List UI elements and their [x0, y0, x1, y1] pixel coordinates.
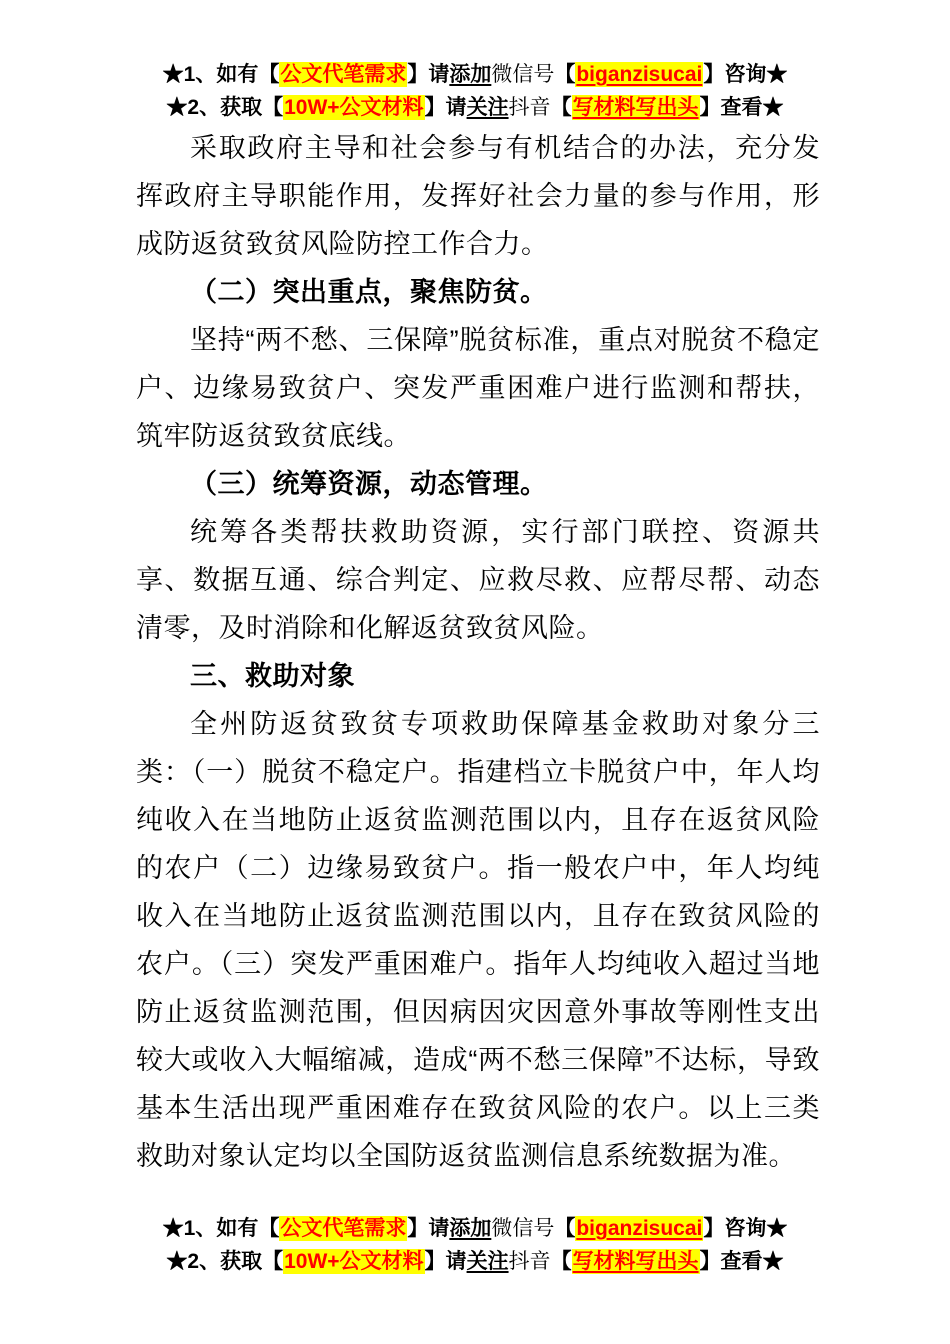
promo-text-segment: 关注: [467, 96, 509, 119]
paragraph: 全州防返贫致贫专项救助保障基金救助对象分三类：（一）脱贫不稳定户。指建档立卡脱贫…: [136, 700, 820, 1180]
promo-header-line-2: ★2、获取【10W+公文材料】请关注抖音【写材料写出头】查看★: [0, 91, 950, 124]
promo-text-segment: 】请: [407, 63, 449, 86]
promo-text-segment: 】咨询★: [703, 63, 787, 86]
promo-text-segment: ★2、获取【: [166, 96, 283, 119]
promo-text-segment: 写材料写出头: [572, 1249, 700, 1274]
promo-text-segment: ★1、如有【: [163, 1217, 280, 1240]
promo-text-segment: 10W+公文材料: [283, 95, 424, 120]
promo-footer-line-1: ★1、如有【公文代笔需求】请添加微信号【biganzisucai】咨询★: [0, 1212, 950, 1245]
promo-header: ★1、如有【公文代笔需求】请添加微信号【biganzisucai】咨询★ ★2、…: [0, 58, 950, 124]
section-heading: 三、救助对象: [136, 652, 820, 700]
section-heading: （三）统筹资源，动态管理。: [136, 460, 820, 508]
section-heading: （二）突出重点，聚焦防贫。: [136, 268, 820, 316]
promo-text-segment: 【: [554, 63, 575, 86]
promo-text-segment: 微信号: [491, 1217, 554, 1240]
promo-footer-line-2: ★2、获取【10W+公文材料】请关注抖音【写材料写出头】查看★: [0, 1245, 950, 1278]
promo-text-segment: 【: [551, 96, 572, 119]
paragraph: 坚持“两不愁、三保障”脱贫标准，重点对脱贫不稳定户、边缘易致贫户、突发严重困难户…: [136, 316, 820, 460]
promo-footer: ★1、如有【公文代笔需求】请添加微信号【biganzisucai】咨询★ ★2、…: [0, 1212, 950, 1278]
promo-text-segment: biganzisucai: [575, 1216, 703, 1241]
promo-header-line-1: ★1、如有【公文代笔需求】请添加微信号【biganzisucai】咨询★: [0, 58, 950, 91]
paragraph: 统筹各类帮扶救助资源，实行部门联控、资源共享、数据互通、综合判定、应救尽救、应帮…: [136, 508, 820, 652]
promo-text-segment: 公文代笔需求: [279, 62, 407, 87]
promo-text-segment: 微信号: [491, 63, 554, 86]
promo-text-segment: 添加: [449, 1217, 491, 1240]
promo-text-segment: 】咨询★: [703, 1217, 787, 1240]
document-body: 采取政府主导和社会参与有机结合的办法，充分发挥政府主导职能作用，发挥好社会力量的…: [136, 124, 820, 1180]
promo-text-segment: 】查看★: [700, 1250, 784, 1273]
promo-text-segment: 添加: [449, 63, 491, 86]
promo-text-segment: 关注: [467, 1250, 509, 1273]
promo-text-segment: 】请: [407, 1217, 449, 1240]
promo-text-segment: 】请: [425, 1250, 467, 1273]
promo-text-segment: biganzisucai: [575, 62, 703, 87]
promo-text-segment: 【: [554, 1217, 575, 1240]
promo-text-segment: 写材料写出头: [572, 95, 700, 120]
promo-text-segment: 10W+公文材料: [283, 1249, 424, 1274]
promo-text-segment: ★1、如有【: [163, 63, 280, 86]
promo-text-segment: 】请: [425, 96, 467, 119]
document-page: ★1、如有【公文代笔需求】请添加微信号【biganzisucai】咨询★ ★2、…: [0, 0, 950, 1344]
promo-text-segment: 】查看★: [700, 96, 784, 119]
promo-text-segment: 【: [551, 1250, 572, 1273]
paragraph: 采取政府主导和社会参与有机结合的办法，充分发挥政府主导职能作用，发挥好社会力量的…: [136, 124, 820, 268]
promo-text-segment: 抖音: [509, 96, 551, 119]
promo-text-segment: 公文代笔需求: [279, 1216, 407, 1241]
promo-text-segment: ★2、获取【: [166, 1250, 283, 1273]
promo-text-segment: 抖音: [509, 1250, 551, 1273]
